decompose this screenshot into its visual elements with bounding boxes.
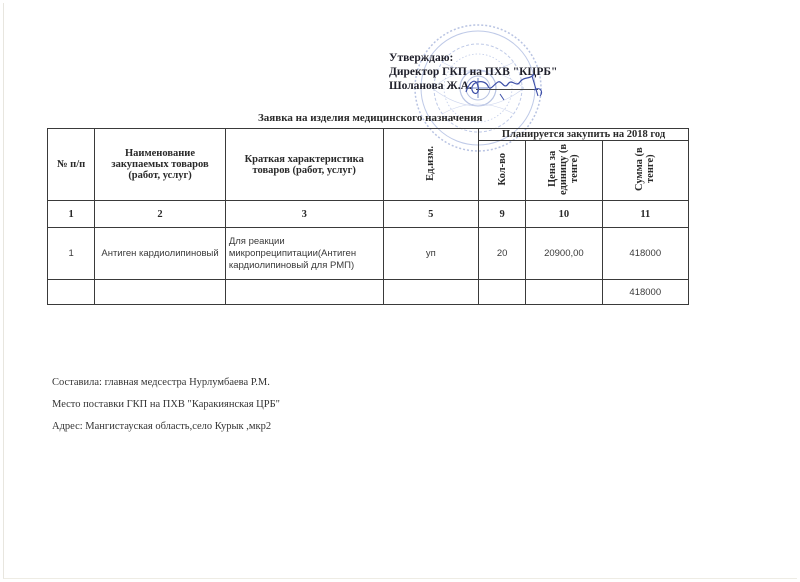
column-number: 10 [526,201,602,228]
header-planned-group: Планируется закупить на 2018 год [479,129,689,141]
signatory-name: Шоланова Ж.А. [389,80,472,92]
signature-line [476,89,538,90]
row-qty: 20 [479,228,526,280]
column-number: 11 [602,201,688,228]
document-title: Заявка на изделия медицинского назначени… [258,112,483,124]
header-price: Цена за единицу (в тенге) [526,141,602,201]
delivery-address: Адрес: Мангистауская область,село Курык … [52,420,280,442]
column-number: 2 [95,201,226,228]
total-empty-cell [95,280,226,305]
row-name: Антиген кардиолипиновый [95,228,226,280]
header-qty-label: Кол-во [497,153,508,185]
total-empty-cell [225,280,383,305]
total-empty-cell [383,280,478,305]
column-number: 5 [383,201,478,228]
approval-signatory: Шоланова Ж.А. [389,79,557,93]
row-sum: 418000 [602,228,688,280]
request-table: № п/п Наименование закупаемых товаров (р… [47,128,689,305]
column-number-row: 1 2 3 5 9 10 11 [48,201,689,228]
row-unit: уп [383,228,478,280]
header-row: № п/п Наименование закупаемых товаров (р… [48,129,689,141]
header-qty: Кол-во [479,141,526,201]
row-price: 20900,00 [526,228,602,280]
total-sum: 418000 [602,280,688,305]
header-name: Наименование закупаемых товаров (работ, … [95,129,226,201]
approval-heading: Утверждаю: [389,51,557,65]
compiled-by: Составила: главная медсестра Нурлумбаева… [52,376,280,398]
total-empty-cell [526,280,602,305]
notes-block: Составила: главная медсестра Нурлумбаева… [52,376,280,442]
total-empty-cell [48,280,95,305]
row-description: Для реакции микропреципитации(Антиген ка… [225,228,383,280]
header-num: № п/п [48,129,95,201]
total-row: 418000 [48,280,689,305]
header-unit-label: Ед.изм. [425,146,436,181]
header-unit: Ед.изм. [383,129,478,201]
delivery-place: Место поставки ГКП на ПХВ "Каракиянская … [52,398,280,420]
row-num: 1 [48,228,95,280]
table-row: 1 Антиген кардиолипиновый Для реакции ми… [48,228,689,280]
approval-block: Утверждаю: Директор ГКП на ПХВ "КЦРБ" Шо… [389,51,557,93]
column-number: 3 [225,201,383,228]
total-empty-cell [479,280,526,305]
header-sum: Сумма (в тенге) [602,141,688,201]
header-price-label: Цена за единицу (в тенге) [547,141,580,197]
header-description: Краткая характеристика товаров (работ, у… [225,129,383,201]
approval-position: Директор ГКП на ПХВ "КЦРБ" [389,65,557,79]
column-number: 9 [479,201,526,228]
column-number: 1 [48,201,95,228]
header-sum-label: Сумма (в тенге) [634,141,656,197]
